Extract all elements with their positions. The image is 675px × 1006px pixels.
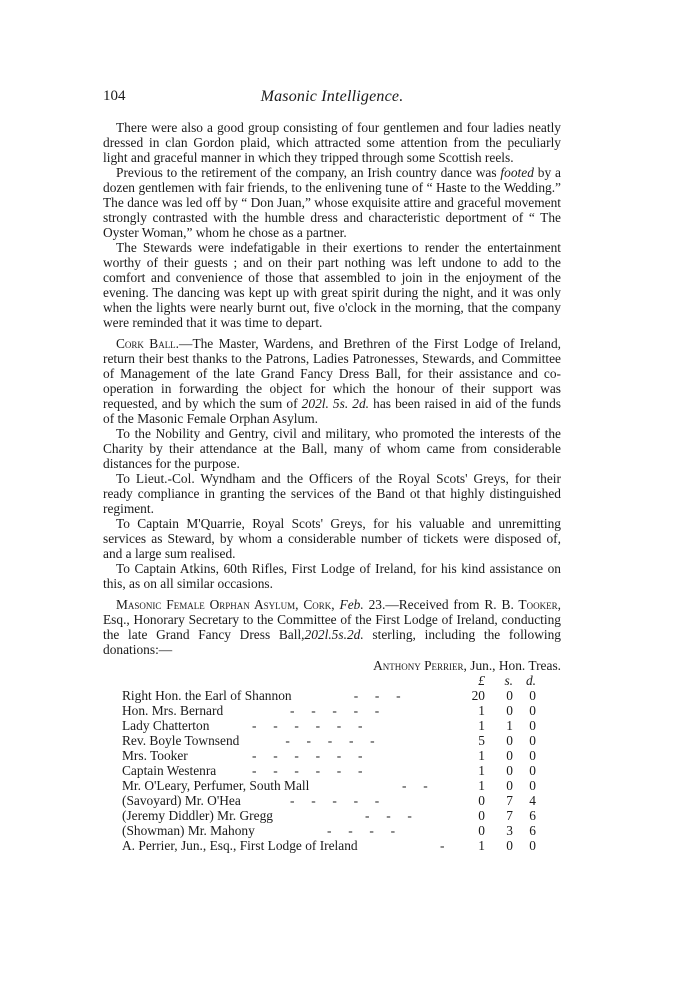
amount-shillings: 1	[493, 718, 513, 733]
paragraph-irish-dance: Previous to the retirement of the compan…	[103, 165, 561, 240]
italic-text: footed	[500, 165, 533, 180]
donor-name: Right Hon. the Earl of Shannon	[122, 688, 292, 703]
paragraph-scottish-reels: There were also a good group consisting …	[103, 120, 561, 165]
amount-pounds: 0	[465, 793, 485, 808]
amount-shillings: 0	[493, 703, 513, 718]
amount-pounds: 1	[465, 718, 485, 733]
paragraph-stewards: The Stewards were indefatigable in their…	[103, 240, 561, 330]
ledger-row: (Jeremy Diddler) Mr. Gregg- - -076	[103, 808, 561, 823]
donor-name: (Savoyard) Mr. O'Hea	[122, 793, 241, 808]
paragraph-mquarrie: To Captain M'Quarrie, Royal Scots' Greys…	[103, 516, 561, 561]
italic-amount: 202l.5s.2d.	[305, 627, 364, 642]
leader-dashes: - -	[402, 778, 428, 793]
amount-pounds: 5	[465, 733, 485, 748]
donor-name: Mrs. Tooker	[122, 748, 188, 763]
amount-pounds: 0	[465, 808, 485, 823]
ledger-row: Rev. Boyle Townsend - - - - -500	[103, 733, 561, 748]
amount-pounds: 1	[465, 703, 485, 718]
leader-dashes: - - - - -	[282, 733, 375, 748]
amount-shillings: 3	[493, 823, 513, 838]
ledger-row: Mrs. Tooker- - - - - -100	[103, 748, 561, 763]
text-run: 23.—Received from	[364, 597, 485, 612]
amount-pence: 0	[516, 718, 536, 733]
amount-shillings: 0	[493, 763, 513, 778]
section-lead: Masonic Female Orphan Asylum, Cork,	[116, 597, 335, 612]
leader-dashes: - - - - - -	[252, 763, 362, 778]
small-caps-name: R. B. Tooker	[484, 597, 557, 612]
donor-name: (Showman) Mr. Mahony	[122, 823, 255, 838]
paragraph-wyndham: To Lieut.-Col. Wyndham and the Officers …	[103, 471, 561, 516]
amount-shillings: 7	[493, 793, 513, 808]
ledger-row: Mr. O'Leary, Perfumer, South Mall- -100	[103, 778, 561, 793]
amount-pence: 0	[516, 703, 536, 718]
amount-pence: 0	[516, 838, 536, 853]
amount-pounds: 1	[465, 763, 485, 778]
amount-shillings: 7	[493, 808, 513, 823]
donor-name: Rev. Boyle Townsend	[122, 733, 239, 748]
leader-dashes: - - - - - -	[252, 718, 362, 733]
amount-pence: 0	[516, 748, 536, 763]
donor-name: Mr. O'Leary, Perfumer, South Mall	[122, 778, 309, 793]
amount-shillings: 0	[493, 838, 513, 853]
ledger-rows: Right Hon. the Earl of Shannon - - -2000…	[103, 688, 561, 853]
leader-dashes: - - -	[365, 808, 412, 823]
ledger-row: A. Perrier, Jun., Esq., First Lodge of I…	[103, 838, 561, 853]
amount-pence: 4	[516, 793, 536, 808]
amount-pence: 0	[516, 778, 536, 793]
leader-dashes: - - - - - -	[252, 748, 362, 763]
shillings-header: s.	[493, 673, 513, 688]
ledger-row: Right Hon. the Earl of Shannon - - -2000	[103, 688, 561, 703]
leader-dashes: - - - - -	[290, 703, 379, 718]
donor-name: A. Perrier, Jun., Esq., First Lodge of I…	[122, 838, 358, 853]
ledger-row: (Savoyard) Mr. O'Hea- - - - -074	[103, 793, 561, 808]
pence-header: d.	[516, 673, 536, 688]
donor-name: Lady Chatterton	[122, 718, 209, 733]
amount-shillings: 0	[493, 778, 513, 793]
paragraph-cork-ball: Cork Ball.—The Master, Wardens, and Bret…	[103, 336, 561, 426]
leader-dashes: - - - -	[327, 823, 395, 838]
running-title: Masonic Intelligence.	[103, 88, 561, 106]
amount-shillings: 0	[493, 733, 513, 748]
section-lead: Cork Ball.	[116, 336, 179, 351]
signature: Anthony Perrier, Jun., Hon. Treas.	[103, 658, 561, 673]
amount-pence: 6	[516, 808, 536, 823]
amount-pounds: 1	[465, 748, 485, 763]
italic-date: Feb.	[340, 597, 364, 612]
ledger-units-header: £ s. d.	[103, 673, 561, 688]
amount-shillings: 0	[493, 688, 513, 703]
signature-title: , Jun., Hon. Treas.	[464, 658, 561, 673]
paragraph-atkins: To Captain Atkins, 60th Rifles, First Lo…	[103, 561, 561, 591]
book-page: 104 Masonic Intelligence. There were als…	[103, 88, 561, 853]
amount-pounds: 1	[465, 838, 485, 853]
pounds-header: £	[465, 673, 485, 688]
leader-dashes: - - - - -	[290, 793, 379, 808]
text-run: Previous to the retirement of the compan…	[116, 165, 500, 180]
amount-pounds: 20	[465, 688, 485, 703]
amount-shillings: 0	[493, 748, 513, 763]
signature-name: Anthony Perrier	[373, 658, 463, 673]
paragraph-orphan-asylum: Masonic Female Orphan Asylum, Cork, Feb.…	[103, 597, 561, 657]
ledger-row: Captain Westenra- - - - - -100	[103, 763, 561, 778]
page-header: 104 Masonic Intelligence.	[103, 88, 561, 110]
paragraph-nobility: To the Nobility and Gentry, civil and mi…	[103, 426, 561, 471]
amount-pence: 0	[516, 688, 536, 703]
amount-pence: 0	[516, 763, 536, 778]
donations-ledger: £ s. d. Right Hon. the Earl of Shannon -…	[103, 673, 561, 853]
italic-amount: 202l. 5s. 2d.	[302, 396, 369, 411]
leader-dashes: - - -	[347, 688, 401, 703]
amount-pence: 6	[516, 823, 536, 838]
ledger-row: (Showman) Mr. Mahony- - - -036	[103, 823, 561, 838]
leader-dashes: -	[440, 838, 444, 853]
donor-name: Captain Westenra	[122, 763, 216, 778]
article-body: There were also a good group consisting …	[103, 120, 561, 673]
ledger-row: Hon. Mrs. Bernard- - - - -100	[103, 703, 561, 718]
amount-pence: 0	[516, 733, 536, 748]
amount-pounds: 1	[465, 778, 485, 793]
donor-name: (Jeremy Diddler) Mr. Gregg	[122, 808, 273, 823]
donor-name: Hon. Mrs. Bernard	[122, 703, 223, 718]
ledger-row: Lady Chatterton- - - - - -110	[103, 718, 561, 733]
amount-pounds: 0	[465, 823, 485, 838]
